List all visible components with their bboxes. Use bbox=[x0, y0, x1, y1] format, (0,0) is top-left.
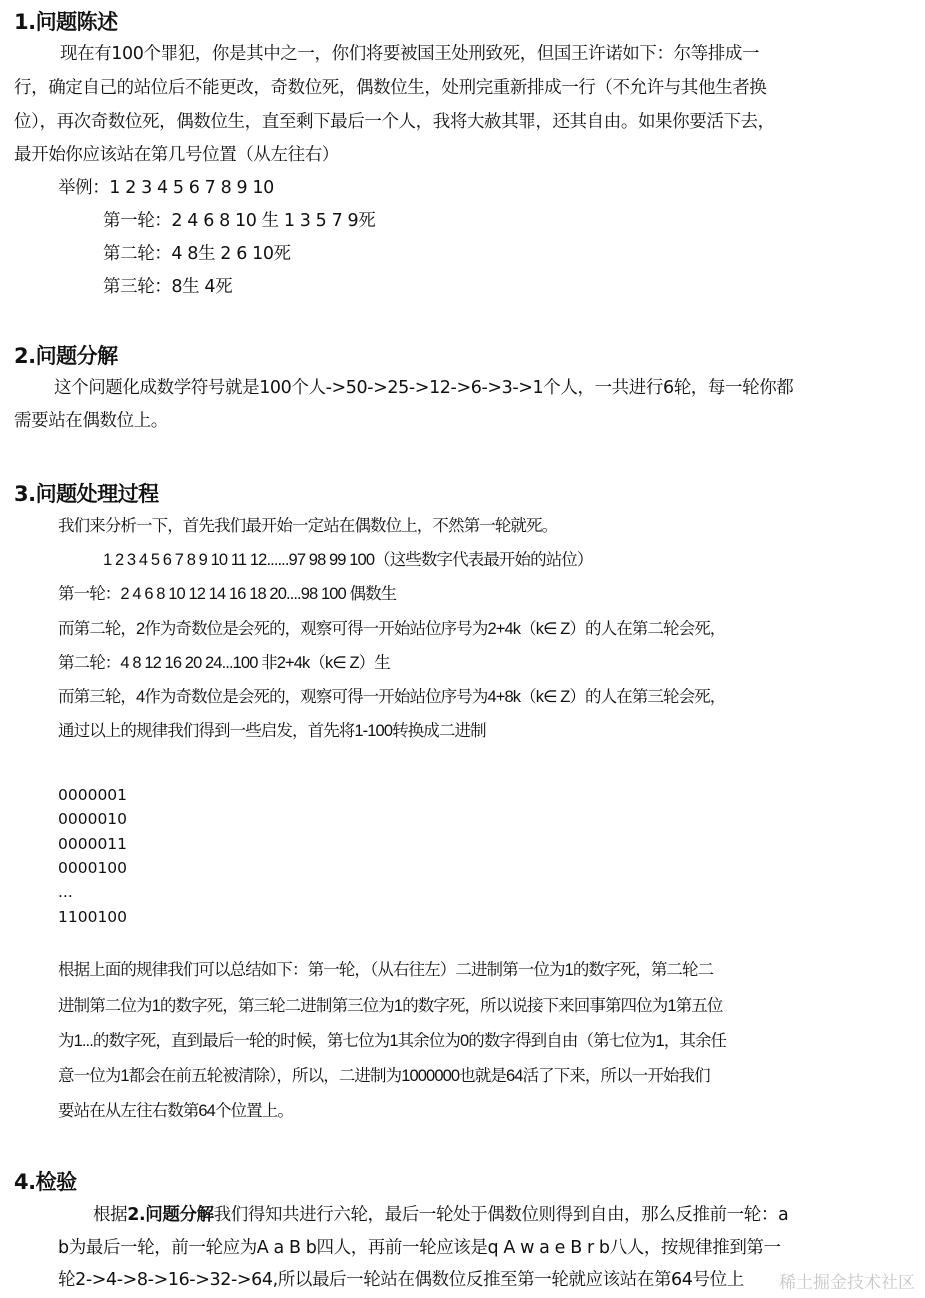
example-label: 举例：1 2 3 4 5 6 7 8 9 10 bbox=[58, 172, 274, 205]
s3-line-3: 第一轮：2 4 6 8 10 12 14 16 18 20....98 100 … bbox=[58, 577, 396, 611]
binary-ellipsis: ... bbox=[58, 880, 73, 904]
s3-line-7: 通过以上的规律我们得到一些启发，首先将1-100转换成二进制 bbox=[58, 714, 486, 748]
s4-bold-reference: 2.问题分解 bbox=[127, 1205, 213, 1225]
binary-0000010: 0000010 bbox=[58, 807, 127, 831]
s3-line-1: 我们来分析一下，首先我们最开始一定站在偶数位上，不然第一轮就死。 bbox=[58, 509, 557, 543]
binary-1100100: 1100100 bbox=[58, 905, 127, 929]
section-1-heading: 1.问题陈述 bbox=[14, 6, 118, 36]
s3-summary-5: 要站在从左往右数第64个位置上。 bbox=[58, 1094, 293, 1128]
binary-0000100: 0000100 bbox=[58, 856, 127, 880]
s3-summary-1: 根据上面的规律我们可以总结如下：第一轮，（从右往左）二进制第一位为1的数字死，第… bbox=[58, 953, 713, 987]
s3-summary-4: 意一位为1都会在前五轮被清除），所以，二进制为1000000也就是64活了下来，… bbox=[58, 1059, 710, 1093]
s3-summary-3: 为1...的数字死，直到最后一轮的时候，第七位为1其余位为0的数字得到自由（第七… bbox=[58, 1024, 726, 1058]
s4-line-1-rest: 我们得知共进行六轮，最后一轮处于偶数位则得到自由，那么反推前一轮：a bbox=[214, 1205, 789, 1225]
binary-0000011: 0000011 bbox=[58, 832, 127, 856]
s4-line-2: b为最后一轮，前一轮应为A a B b四人，再前一轮应该是q A w a e B… bbox=[58, 1232, 781, 1265]
binary-0000001: 0000001 bbox=[58, 783, 127, 807]
s3-line-5: 第二轮：4 8 12 16 20 24...100 非2+4k（k∈ Z）生 bbox=[58, 646, 390, 680]
s4-line-1-prefix: 根据 bbox=[93, 1205, 127, 1225]
s3-line-6: 而第三轮，4作为奇数位是会死的，观察可得一开始站位序号为4+8k（k∈ Z）的人… bbox=[58, 680, 725, 714]
section-4-heading: 4.检验 bbox=[14, 1166, 77, 1196]
s3-line-4: 而第二轮，2作为奇数位是会死的，观察可得一开始站位序号为2+4k（k∈ Z）的人… bbox=[58, 612, 725, 646]
example-round-1: 第一轮：2 4 6 8 10 生 1 3 5 7 9死 bbox=[103, 205, 375, 238]
s1-line-2: 行，确定自己的站位后不能更改，奇数位死，偶数位生，处刑完重新排成一行（不允许与其… bbox=[14, 72, 766, 105]
s4-line-3: 轮2->4->8->16->32->64,所以最后一轮站在偶数位反推至第一轮就应… bbox=[58, 1264, 744, 1297]
s1-line-1: 现在有100个罪犯，你是其中之一，你们将要被国王处刑致死，但国王许诺如下：尔等排… bbox=[60, 38, 759, 71]
section-2-heading: 2.问题分解 bbox=[14, 340, 118, 370]
watermark: 稀土掘金技术社区 bbox=[779, 1268, 915, 1293]
section-3-heading: 3.问题处理过程 bbox=[14, 478, 159, 508]
s3-line-2: 1 2 3 4 5 6 7 8 9 10 11 12......97 98 99… bbox=[103, 543, 593, 577]
example-round-2: 第二轮：4 8生 2 6 10死 bbox=[103, 238, 291, 271]
example-round-3: 第三轮：8生 4死 bbox=[103, 271, 232, 304]
s4-line-1: 根据2.问题分解我们得知共进行六轮，最后一轮处于偶数位则得到自由，那么反推前一轮… bbox=[93, 1199, 788, 1232]
s1-line-3: 位），再次奇数位死，偶数位生，直至剩下最后一个人，我将大赦其罪，还其自由。如果你… bbox=[14, 106, 775, 139]
s2-line-2: 需要站在偶数位上。 bbox=[14, 405, 168, 438]
s2-line-1: 这个问题化成数学符号就是100个人->50->25->12->6->3->1个人… bbox=[54, 372, 793, 405]
s3-summary-2: 进制第二位为1的数字死，第三轮二进制第三位为1的数字死，所以说接下来回事第四位为… bbox=[58, 989, 722, 1023]
s1-line-4: 最开始你应该站在第几号位置（从左往右） bbox=[14, 139, 339, 172]
